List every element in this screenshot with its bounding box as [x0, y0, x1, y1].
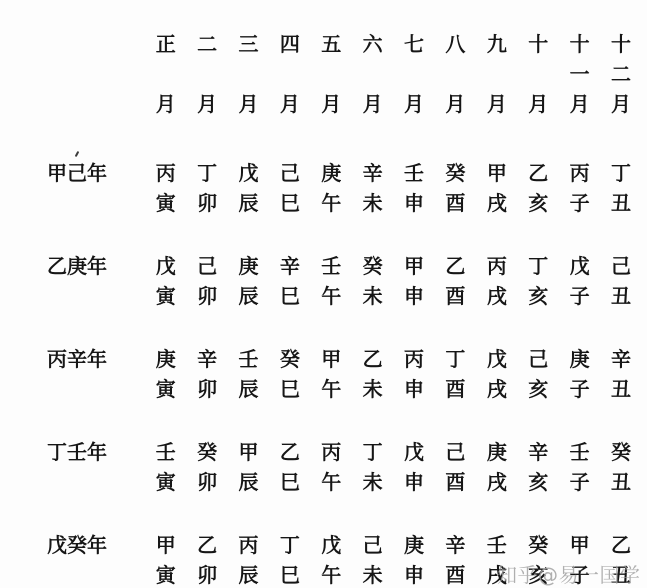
- month-cell: 丁未: [352, 437, 393, 497]
- year-column-spacer: [0, 29, 145, 59]
- month-cell: 丙戌: [476, 251, 517, 311]
- month-cell: 己卯: [186, 251, 227, 311]
- stem-char: 辛: [352, 158, 393, 188]
- stem-char: 戊: [145, 251, 186, 281]
- stem-char: 乙: [600, 530, 641, 560]
- branch-char: 子: [559, 560, 600, 588]
- month-header-6: 六月: [352, 29, 393, 119]
- month-header-4: 四月: [269, 29, 310, 119]
- stem-char: 丁: [352, 437, 393, 467]
- year-label: 丙辛年: [0, 344, 145, 374]
- branch-char: 寅: [145, 560, 186, 588]
- stem-char: 癸: [269, 344, 310, 374]
- month-number-sub: [476, 59, 517, 89]
- stem-char: 丁: [600, 158, 641, 188]
- stem-char: 甲: [559, 530, 600, 560]
- month-cell: 丁卯: [186, 158, 227, 218]
- month-suffix: 月: [145, 89, 186, 119]
- month-number: 五: [311, 29, 352, 59]
- stem-char: 壬: [559, 437, 600, 467]
- month-number: 十: [559, 29, 600, 59]
- stem-char: 己: [518, 344, 559, 374]
- month-cell: 癸亥: [518, 530, 559, 588]
- stem-char: 庚: [145, 344, 186, 374]
- stem-char: 辛: [518, 437, 559, 467]
- month-cell: 辛亥: [518, 437, 559, 497]
- stem-char: 戊: [393, 437, 434, 467]
- stem-char: 辛: [600, 344, 641, 374]
- month-cell: 戊寅: [145, 251, 186, 311]
- year-row: 戊癸年甲寅乙卯丙辰丁巳戊午己未庚申辛酉壬戌癸亥甲子乙丑: [0, 530, 647, 588]
- branch-char: 寅: [145, 467, 186, 497]
- month-cell: 乙丑: [600, 530, 641, 588]
- stem-char: 丙: [228, 530, 269, 560]
- month-cell: 乙卯: [186, 530, 227, 588]
- branch-char: 酉: [435, 188, 476, 218]
- month-cell: 甲寅: [145, 530, 186, 588]
- month-cell: 丙申: [393, 344, 434, 404]
- month-cell: 庚子: [559, 344, 600, 404]
- year-label: 戊癸年: [0, 530, 145, 560]
- month-number-sub: [352, 59, 393, 89]
- stem-char: 壬: [228, 344, 269, 374]
- branch-char: 午: [311, 467, 352, 497]
- branch-char: 丑: [600, 467, 641, 497]
- stem-char: 癸: [518, 530, 559, 560]
- month-cell: 庚申: [393, 530, 434, 588]
- stem-char: 乙: [352, 344, 393, 374]
- stem-char: 壬: [311, 251, 352, 281]
- stem-char: 辛: [186, 344, 227, 374]
- month-cell: 丁巳: [269, 530, 310, 588]
- branch-char: 寅: [145, 188, 186, 218]
- branch-char: 辰: [228, 188, 269, 218]
- branch-char: 子: [559, 467, 600, 497]
- stem-char: 戊: [311, 530, 352, 560]
- stem-char: 丁: [435, 344, 476, 374]
- stem-char: 辛: [435, 530, 476, 560]
- stem-char: 庚: [311, 158, 352, 188]
- branch-char: 申: [393, 467, 434, 497]
- stem-char: 辛: [269, 251, 310, 281]
- month-cell: 癸巳: [269, 344, 310, 404]
- month-cell: 戊戌: [476, 344, 517, 404]
- branch-char: 巳: [269, 188, 310, 218]
- stem-char: 庚: [559, 344, 600, 374]
- stem-char: 丁: [186, 158, 227, 188]
- month-cell: 丁亥: [518, 251, 559, 311]
- stem-char: 戊: [228, 158, 269, 188]
- month-suffix: 月: [352, 89, 393, 119]
- stem-char: 己: [600, 251, 641, 281]
- branch-char: 亥: [518, 374, 559, 404]
- month-cell: 癸未: [352, 251, 393, 311]
- month-header-8: 八月: [435, 29, 476, 119]
- stem-char: 癸: [435, 158, 476, 188]
- month-cell: 戊辰: [228, 158, 269, 218]
- branch-char: 丑: [600, 560, 641, 588]
- branch-char: 巳: [269, 560, 310, 588]
- month-cell: 丙寅: [145, 158, 186, 218]
- month-cell: 己亥: [518, 344, 559, 404]
- branch-char: 巳: [269, 281, 310, 311]
- branch-char: 酉: [435, 281, 476, 311]
- table-body: 甲己年丙寅丁卯戊辰己巳庚午辛未壬申癸酉甲戌乙亥丙子丁丑乙庚年戊寅己卯庚辰辛巳壬午…: [0, 158, 647, 588]
- month-number: 正: [145, 29, 186, 59]
- branch-char: 戌: [476, 188, 517, 218]
- month-suffix: 月: [435, 89, 476, 119]
- branch-char: 未: [352, 374, 393, 404]
- month-suffix: 月: [186, 89, 227, 119]
- month-suffix: 月: [393, 89, 434, 119]
- branch-char: 辰: [228, 374, 269, 404]
- month-suffix: 月: [269, 89, 310, 119]
- branch-char: 丑: [600, 374, 641, 404]
- branch-char: 丑: [600, 188, 641, 218]
- stem-char: 壬: [393, 158, 434, 188]
- month-cell: 庚戌: [476, 437, 517, 497]
- month-number: 八: [435, 29, 476, 59]
- scanned-month-stem-table-page: 正月二月三月四月五月六月七月八月九月十月十一月十二月 甲己年丙寅丁卯戊辰己巳庚午…: [0, 0, 647, 588]
- branch-char: 子: [559, 281, 600, 311]
- month-cell: 壬申: [393, 158, 434, 218]
- branch-char: 午: [311, 374, 352, 404]
- month-cell: 辛未: [352, 158, 393, 218]
- month-header-12: 十二月: [600, 29, 641, 119]
- month-cell: 辛丑: [600, 344, 641, 404]
- branch-char: 卯: [186, 467, 227, 497]
- month-cell: 辛卯: [186, 344, 227, 404]
- month-number: 十: [518, 29, 559, 59]
- branch-char: 未: [352, 281, 393, 311]
- branch-char: 亥: [518, 560, 559, 588]
- branch-char: 辰: [228, 560, 269, 588]
- month-suffix: 月: [228, 89, 269, 119]
- month-number-sub: [228, 59, 269, 89]
- stem-char: 戊: [559, 251, 600, 281]
- year-label: 甲己年: [0, 158, 145, 188]
- month-cell: 丙辰: [228, 530, 269, 588]
- month-cell: 戊午: [311, 530, 352, 588]
- branch-char: 未: [352, 188, 393, 218]
- branch-char: 酉: [435, 560, 476, 588]
- month-cell: 乙未: [352, 344, 393, 404]
- branch-char: 亥: [518, 188, 559, 218]
- month-suffix: 月: [476, 89, 517, 119]
- month-suffix: 月: [311, 89, 352, 119]
- month-header-2: 二月: [186, 29, 227, 119]
- stem-char: 甲: [476, 158, 517, 188]
- month-cell: 甲申: [393, 251, 434, 311]
- branch-char: 戌: [476, 560, 517, 588]
- stem-char: 甲: [228, 437, 269, 467]
- month-cell: 戊子: [559, 251, 600, 311]
- branch-char: 戌: [476, 374, 517, 404]
- branch-char: 申: [393, 281, 434, 311]
- stem-char: 乙: [186, 530, 227, 560]
- month-number: 三: [228, 29, 269, 59]
- month-cell: 乙巳: [269, 437, 310, 497]
- branch-char: 子: [559, 188, 600, 218]
- stem-char: 丙: [393, 344, 434, 374]
- month-header-7: 七月: [393, 29, 434, 119]
- stem-char: 己: [352, 530, 393, 560]
- stem-char: 壬: [145, 437, 186, 467]
- branch-char: 亥: [518, 281, 559, 311]
- month-number: 四: [269, 29, 310, 59]
- branch-char: 卯: [186, 374, 227, 404]
- month-cell: 甲午: [311, 344, 352, 404]
- branch-char: 午: [311, 188, 352, 218]
- year-row: 丙辛年庚寅辛卯壬辰癸巳甲午乙未丙申丁酉戊戌己亥庚子辛丑: [0, 344, 647, 404]
- month-number: 十: [600, 29, 641, 59]
- month-header-1: 正月: [145, 29, 186, 119]
- month-header-9: 九月: [476, 29, 517, 119]
- branch-char: 辰: [228, 281, 269, 311]
- stem-char: 丙: [476, 251, 517, 281]
- month-header-5: 五月: [311, 29, 352, 119]
- stem-char: 甲: [145, 530, 186, 560]
- month-number-sub: [186, 59, 227, 89]
- month-cell: 壬辰: [228, 344, 269, 404]
- year-label: 乙庚年: [0, 251, 145, 281]
- month-number: 二: [186, 29, 227, 59]
- stem-char: 己: [435, 437, 476, 467]
- month-cell: 庚辰: [228, 251, 269, 311]
- month-cell: 壬寅: [145, 437, 186, 497]
- month-cell: 己巳: [269, 158, 310, 218]
- month-cell: 壬子: [559, 437, 600, 497]
- branch-char: 子: [559, 374, 600, 404]
- branch-char: 酉: [435, 467, 476, 497]
- month-cell: 甲戌: [476, 158, 517, 218]
- stem-char: 丁: [518, 251, 559, 281]
- stem-char: 庚: [228, 251, 269, 281]
- year-label: 丁壬年: [0, 437, 145, 467]
- stem-char: 癸: [600, 437, 641, 467]
- year-row: 丁壬年壬寅癸卯甲辰乙巳丙午丁未戊申己酉庚戌辛亥壬子癸丑: [0, 437, 647, 497]
- month-cell: 丙子: [559, 158, 600, 218]
- month-cell: 乙酉: [435, 251, 476, 311]
- branch-char: 未: [352, 467, 393, 497]
- month-cell: 丁酉: [435, 344, 476, 404]
- month-number-sub: [393, 59, 434, 89]
- branch-char: 丑: [600, 281, 641, 311]
- branch-char: 酉: [435, 374, 476, 404]
- stem-char: 丙: [311, 437, 352, 467]
- month-header-row: 正月二月三月四月五月六月七月八月九月十月十一月十二月: [0, 29, 647, 119]
- stem-char: 壬: [476, 530, 517, 560]
- month-cell: 己未: [352, 530, 393, 588]
- month-cell: 戊申: [393, 437, 434, 497]
- stem-char: 乙: [269, 437, 310, 467]
- month-header-10: 十月: [518, 29, 559, 119]
- month-cell: 丙午: [311, 437, 352, 497]
- month-cell: 辛巳: [269, 251, 310, 311]
- month-cell: 己丑: [600, 251, 641, 311]
- branch-char: 巳: [269, 467, 310, 497]
- month-header-3: 三月: [228, 29, 269, 119]
- month-number-sub: 一: [559, 59, 600, 89]
- branch-char: 卯: [186, 560, 227, 588]
- stem-char: 己: [269, 158, 310, 188]
- branch-char: 申: [393, 188, 434, 218]
- branch-char: 午: [311, 560, 352, 588]
- branch-char: 戌: [476, 281, 517, 311]
- month-cell: 丁丑: [600, 158, 641, 218]
- month-number-sub: [518, 59, 559, 89]
- month-cell: 壬午: [311, 251, 352, 311]
- branch-char: 卯: [186, 281, 227, 311]
- month-cell: 壬戌: [476, 530, 517, 588]
- year-row: 乙庚年戊寅己卯庚辰辛巳壬午癸未甲申乙酉丙戌丁亥戊子己丑: [0, 251, 647, 311]
- month-number: 六: [352, 29, 393, 59]
- stem-char: 丙: [559, 158, 600, 188]
- month-cell: 癸丑: [600, 437, 641, 497]
- month-cell: 乙亥: [518, 158, 559, 218]
- month-number-sub: [269, 59, 310, 89]
- month-cell: 癸卯: [186, 437, 227, 497]
- branch-char: 未: [352, 560, 393, 588]
- month-number: 七: [393, 29, 434, 59]
- month-cell: 癸酉: [435, 158, 476, 218]
- month-number-sub: [435, 59, 476, 89]
- stem-char: 丁: [269, 530, 310, 560]
- month-suffix: 月: [559, 89, 600, 119]
- branch-char: 寅: [145, 281, 186, 311]
- stem-char: 癸: [186, 437, 227, 467]
- branch-char: 亥: [518, 467, 559, 497]
- month-number: 九: [476, 29, 517, 59]
- month-number-sub: [145, 59, 186, 89]
- month-number-sub: 二: [600, 59, 641, 89]
- branch-char: 巳: [269, 374, 310, 404]
- branch-char: 寅: [145, 374, 186, 404]
- stem-char: 丙: [145, 158, 186, 188]
- stem-char: 庚: [393, 530, 434, 560]
- month-cell: 己酉: [435, 437, 476, 497]
- branch-char: 申: [393, 374, 434, 404]
- stem-char: 甲: [393, 251, 434, 281]
- month-suffix: 月: [518, 89, 559, 119]
- stem-char: 己: [186, 251, 227, 281]
- month-cell: 庚午: [311, 158, 352, 218]
- month-cell: 庚寅: [145, 344, 186, 404]
- branch-char: 卯: [186, 188, 227, 218]
- month-number-sub: [311, 59, 352, 89]
- stem-char: 乙: [435, 251, 476, 281]
- stem-char: 庚: [476, 437, 517, 467]
- stem-char: 癸: [352, 251, 393, 281]
- month-header-11: 十一月: [559, 29, 600, 119]
- month-stem-table: 正月二月三月四月五月六月七月八月九月十月十一月十二月 甲己年丙寅丁卯戊辰己巳庚午…: [0, 0, 647, 588]
- month-cell: 甲辰: [228, 437, 269, 497]
- month-suffix: 月: [600, 89, 641, 119]
- branch-char: 午: [311, 281, 352, 311]
- branch-char: 辰: [228, 467, 269, 497]
- month-cell: 甲子: [559, 530, 600, 588]
- stem-char: 乙: [518, 158, 559, 188]
- year-row: 甲己年丙寅丁卯戊辰己巳庚午辛未壬申癸酉甲戌乙亥丙子丁丑: [0, 158, 647, 218]
- stem-char: 戊: [476, 344, 517, 374]
- branch-char: 戌: [476, 467, 517, 497]
- branch-char: 申: [393, 560, 434, 588]
- stem-char: 甲: [311, 344, 352, 374]
- month-cell: 辛酉: [435, 530, 476, 588]
